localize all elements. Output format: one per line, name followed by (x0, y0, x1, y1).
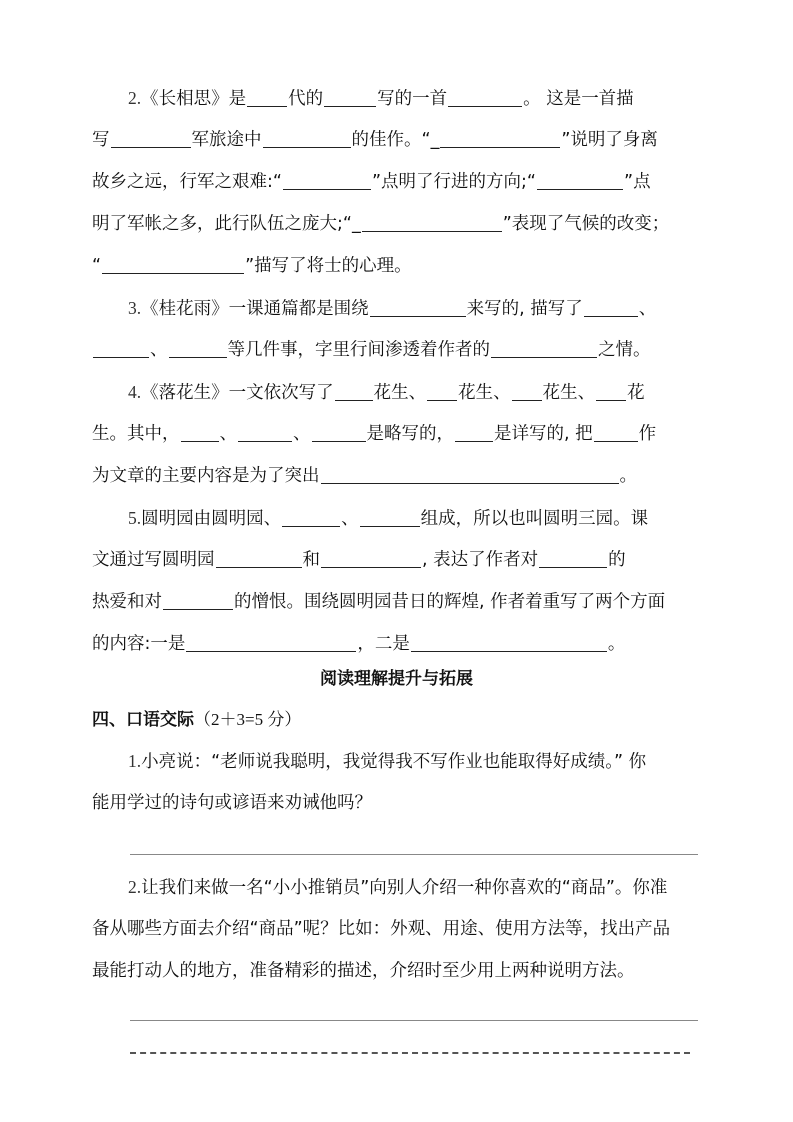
text: 花生、 (543, 383, 596, 403)
text: 和 (303, 550, 321, 570)
text: 花生、 (458, 383, 511, 403)
fill-blank[interactable] (181, 421, 219, 442)
section-points: （2＋3=5 分） (194, 710, 301, 729)
section-heading-text: 四、口语交际 (92, 710, 194, 730)
fill-blank[interactable] (102, 253, 244, 274)
text: 《桂花雨》一课通篇都是围绕 (141, 299, 369, 319)
section-4-heading: 四、口语交际（2＋3=5 分） (92, 705, 301, 735)
text: 生。其中， (92, 424, 180, 444)
text: 明了军帐之多，此行队伍之庞大;“_ (92, 214, 361, 234)
fill-blank[interactable] (596, 380, 626, 401)
q4-line-1: 4.《落花生》一文依次写了花生、花生、花生、花 (128, 377, 704, 407)
fill-blank[interactable] (360, 506, 420, 527)
s4-q2-line-1: 2.让我们来做一名“小小推销员”向别人介绍一种你喜欢的“商品”。你准 (128, 872, 704, 902)
fill-blank[interactable] (283, 169, 371, 190)
text: 、 (341, 509, 359, 529)
fill-blank[interactable] (512, 380, 542, 401)
text: 花生、 (374, 383, 427, 403)
text: 军旅途中 (192, 130, 262, 150)
fill-blank[interactable] (594, 421, 638, 442)
fill-blank[interactable] (247, 86, 287, 107)
fill-blank[interactable] (440, 127, 560, 148)
text: ”点明了行进的方向;“ (372, 172, 536, 192)
text: 组成，所以也叫圆明三园。课 (421, 509, 649, 529)
text: 《长相思》是 (141, 89, 246, 109)
text: 备从哪些方面去介绍“商品”呢？比如：外观、用途、使用方法等，找出产品 (92, 919, 670, 939)
q5-line-1: 5.圆明园由圆明园、、组成，所以也叫圆明三园。课 (128, 503, 704, 533)
text: 让我们来做一名“小小推销员”向别人介绍一种你喜欢的“商品”。你准 (141, 878, 667, 898)
fill-blank[interactable] (537, 169, 623, 190)
answer-line[interactable] (130, 1020, 698, 1021)
text: 的佳作。“_ (352, 130, 440, 150)
text: 。 这是一首描 (523, 89, 634, 109)
question-number: 2. (128, 88, 141, 108)
fill-blank[interactable] (282, 506, 340, 527)
text: 故乡之远，行军之艰难:“ (92, 172, 282, 192)
fill-blank[interactable] (186, 631, 356, 652)
text: 圆明园由圆明园、 (141, 509, 281, 529)
text: 文通过写圆明园 (92, 550, 215, 570)
text: 能用学过的诗句或谚语来劝诫他吗？ (92, 793, 372, 813)
q5-line-3: 热爱和对的憎恨。围绕圆明园昔日的辉煌, 作者着重写了两个方面 (92, 587, 704, 617)
fill-blank[interactable] (321, 463, 619, 484)
q3-line-1: 3.《桂花雨》一课通篇都是围绕来写的, 描写了、 (128, 293, 704, 323)
fill-blank[interactable] (448, 86, 522, 107)
text: 《落花生》一文依次写了 (141, 383, 334, 403)
fill-blank[interactable] (539, 547, 607, 568)
text: ”说明了身离 (561, 130, 658, 150)
text: 的内容:一是 (92, 634, 185, 654)
text: ”描写了将士的心理。 (245, 256, 412, 276)
text: 、 (220, 424, 238, 444)
fill-blank[interactable] (491, 337, 597, 358)
text: ”点 (624, 172, 651, 192)
fill-blank[interactable] (321, 547, 421, 568)
text: 、 (293, 424, 311, 444)
q4-line-2: 生。其中，、、是略写的，是详写的, 把作 (92, 419, 704, 449)
question-number: 1. (128, 751, 141, 771)
text: “ (92, 256, 101, 276)
reading-section-title: 阅读理解提升与拓展 (0, 664, 793, 694)
q4-line-3: 为文章的主要内容是为了突出。 (92, 461, 704, 491)
fill-blank[interactable] (584, 296, 638, 317)
text: 。 (620, 466, 638, 486)
s4-q2-line-3: 最能打动人的地方，准备精彩的描述，介绍时至少用上两种说明方法。 (92, 956, 704, 986)
q2-line-1: 2.《长相思》是代的写的一首。 这是一首描 (128, 83, 704, 113)
text: 热爱和对 (92, 592, 162, 612)
text: 是详写的, 把 (494, 424, 593, 444)
text: 的 (608, 550, 626, 570)
text: 作 (639, 424, 657, 444)
text: 是略写的， (367, 424, 455, 444)
text: 。 (608, 634, 626, 654)
fill-blank[interactable] (312, 421, 366, 442)
text: 来写的, 描写了 (467, 299, 583, 319)
q5-line-2: 文通过写圆明园和, 表达了作者对的 (92, 545, 704, 575)
fill-blank[interactable] (263, 127, 351, 148)
text: 花 (627, 383, 645, 403)
text: 最能打动人的地方，准备精彩的描述，介绍时至少用上两种说明方法。 (92, 961, 635, 981)
s4-q2-line-2: 备从哪些方面去介绍“商品”呢？比如：外观、用途、使用方法等，找出产品 (92, 914, 704, 944)
fill-blank[interactable] (411, 631, 607, 652)
text: 代的 (288, 89, 323, 109)
question-number: 2. (128, 877, 141, 897)
text: 为文章的主要内容是为了突出 (92, 466, 320, 486)
text: , 表达了作者对 (422, 550, 538, 570)
text: 写 (92, 130, 110, 150)
fill-blank[interactable] (335, 380, 373, 401)
fill-blank[interactable] (93, 337, 149, 358)
q2-line-4: 明了军帐之多，此行队伍之庞大;“_”表现了气候的改变； (92, 209, 704, 239)
question-number: 3. (128, 298, 141, 318)
fill-blank[interactable] (216, 547, 302, 568)
answer-line[interactable] (130, 854, 698, 855)
text: 等几件事，字里行间渗透着作者的 (228, 340, 491, 360)
fill-blank[interactable] (370, 296, 466, 317)
fill-blank[interactable] (169, 337, 227, 358)
s4-q1-line-2: 能用学过的诗句或谚语来劝诫他吗？ (92, 788, 704, 818)
fill-blank[interactable] (163, 589, 233, 610)
s4-q1-line-1: 1.小亮说：“老师说我聪明，我觉得我不写作业也能取得好成绩。” 你 (128, 746, 704, 776)
question-number: 4. (128, 382, 141, 402)
fill-blank[interactable] (111, 127, 191, 148)
text: 、 (639, 299, 657, 319)
answer-line-dashed[interactable] (130, 1052, 690, 1054)
text: 的憎恨。围绕圆明园昔日的辉煌, 作者着重写了两个方面 (234, 592, 665, 612)
q5-line-4: 的内容:一是，二是。 (92, 629, 704, 659)
fill-blank[interactable] (455, 421, 493, 442)
q3-line-2: 、等几件事，字里行间渗透着作者的之情。 (92, 335, 704, 365)
text: 小亮说：“老师说我聪明，我觉得我不写作业也能取得好成绩。” 你 (141, 752, 646, 772)
fill-blank[interactable] (362, 211, 502, 232)
q2-line-2: 写军旅途中的佳作。“_”说明了身离 (92, 125, 704, 155)
question-number: 5. (128, 508, 141, 528)
text: 、 (150, 340, 168, 360)
text: 写的一首 (377, 89, 447, 109)
q2-line-3: 故乡之远，行军之艰难:“”点明了行进的方向;“”点 (92, 167, 704, 197)
text: ，二是 (357, 634, 410, 654)
text: 之情。 (598, 340, 651, 360)
q2-line-5: “”描写了将士的心理。 (92, 251, 704, 281)
fill-blank[interactable] (238, 421, 292, 442)
fill-blank[interactable] (427, 380, 457, 401)
fill-blank[interactable] (324, 86, 376, 107)
text: ”表现了气候的改变； (503, 214, 670, 234)
